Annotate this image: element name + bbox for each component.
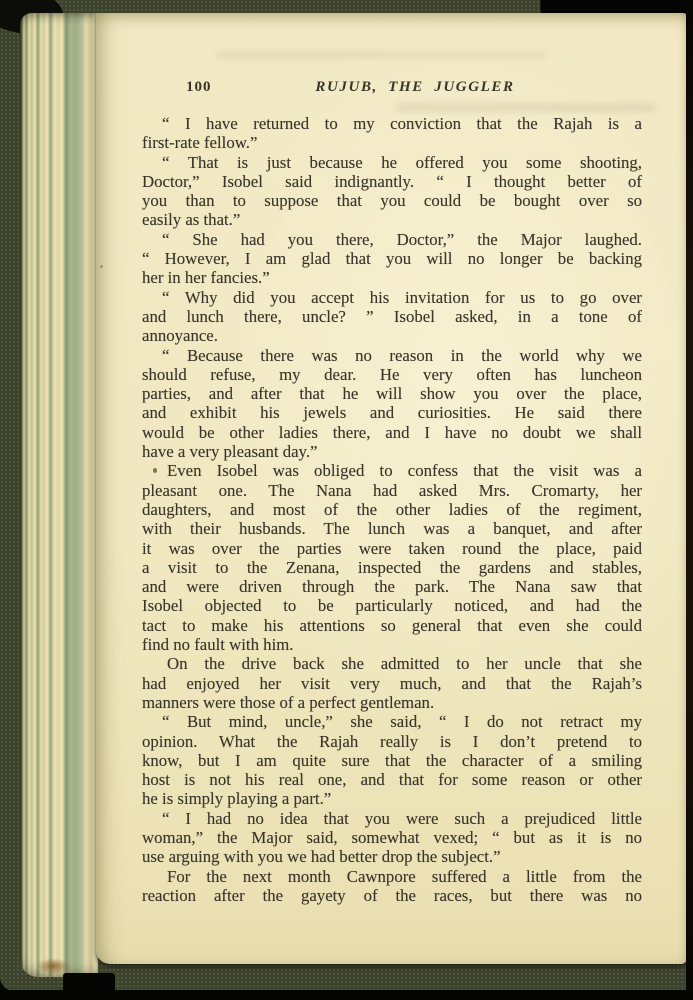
paper-speck <box>100 265 103 268</box>
paragraph: “ I had no idea that you were such a pre… <box>142 809 642 867</box>
text-line: “ However, I am glad that you will no lo… <box>142 249 642 268</box>
text-line: “ Why did you accept his invitation for … <box>142 288 642 307</box>
text-line: reaction after the gayety of the races, … <box>142 886 642 905</box>
text-line: “ But mind, uncle,” she said, “ I do not… <box>142 712 642 731</box>
text-line: Even Isobel was obliged to confess that … <box>142 461 642 480</box>
text-line: it was over the parties were taken round… <box>142 539 642 558</box>
text-line: manners were those of a perfect gentlema… <box>142 693 642 712</box>
text-line: parties, and after that he will show you… <box>142 384 642 403</box>
photo-shadow-bottom <box>0 990 693 1000</box>
paragraph: “ Why did you accept his invitation for … <box>142 288 642 346</box>
paragraph: “ I have returned to my conviction that … <box>142 114 642 153</box>
text-line: have a very pleasant day.” <box>142 442 642 461</box>
text-line: “ I had no idea that you were such a pre… <box>142 809 642 828</box>
text-line: he is simply playing a part.” <box>142 789 642 808</box>
text-line: had enjoyed her visit very much, and tha… <box>142 674 642 693</box>
running-title: RUJUB, THE JUGGLER <box>315 79 514 96</box>
text-line: easily as that.” <box>142 210 642 229</box>
photo-edge-right <box>686 0 693 1000</box>
text-line: would be other ladies there, and I have … <box>142 423 642 442</box>
book-page: 100 RUJUB, THE JUGGLER “ I have returned… <box>96 13 687 964</box>
print-smudge <box>396 103 656 112</box>
text-line: a visit to the Zenana, inspected the gar… <box>142 558 642 577</box>
paper-speck <box>153 468 157 473</box>
text-line: “ She had you there, Doctor,” the Major … <box>142 230 642 249</box>
text-line: and lunch there, uncle? ” Isobel asked, … <box>142 307 642 326</box>
book-photo: 100 RUJUB, THE JUGGLER “ I have returned… <box>0 0 693 1000</box>
page-edge-stack <box>20 13 98 977</box>
text-line: find no fault with him. <box>142 635 642 654</box>
text-line: For the next month Cawnpore suffered a l… <box>142 867 642 886</box>
text-line: tact to make his attentions so general t… <box>142 616 642 635</box>
text-line: and exhibit his jewels and curiosities. … <box>142 403 642 422</box>
text-line: use arguing with you we had better drop … <box>142 847 642 866</box>
text-line: first-rate fellow.” <box>142 133 642 152</box>
text-line: pleasant one. The Nana had asked Mrs. Cr… <box>142 481 642 500</box>
page-header: 100 RUJUB, THE JUGGLER <box>142 79 642 99</box>
text-line: daughters, and most of the other ladies … <box>142 500 642 519</box>
text-line: you than to suppose that you could be bo… <box>142 191 642 210</box>
text-line: should refuse, my dear. He very often ha… <box>142 365 642 384</box>
text-line: opinion. What the Rajah really is I don’… <box>142 732 642 751</box>
page-number: 100 <box>186 79 212 96</box>
paragraph: “ She had you there, Doctor,” the Major … <box>142 230 642 288</box>
text-line: Isobel objected to be particularly notic… <box>142 596 642 615</box>
text-line: annoyance. <box>142 326 642 345</box>
text-block: “ I have returned to my conviction that … <box>142 114 642 905</box>
text-line: and were driven through the park. The Na… <box>142 577 642 596</box>
text-line: woman,” the Major said, somewhat vexed; … <box>142 828 642 847</box>
text-line: with their husbands. The lunch was a ban… <box>142 519 642 538</box>
text-line: host is not his real one, and that for s… <box>142 770 642 789</box>
paragraph: “ That is just because he offered you so… <box>142 153 642 230</box>
text-line: “ That is just because he offered you so… <box>142 153 642 172</box>
paragraph: On the drive back she admitted to her un… <box>142 654 642 712</box>
text-line: know, but I am quite sure that the chara… <box>142 751 642 770</box>
text-line: her in her fancies.” <box>142 268 642 287</box>
text-line: Doctor,” Isobel said indignantly. “ I th… <box>142 172 642 191</box>
text-line: “ Because there was no reason in the wor… <box>142 346 642 365</box>
paragraph: Even Isobel was obliged to confess that … <box>142 461 642 654</box>
paragraph: “ But mind, uncle,” she said, “ I do not… <box>142 712 642 808</box>
paragraph: For the next month Cawnpore suffered a l… <box>142 867 642 906</box>
paragraph: “ Because there was no reason in the wor… <box>142 346 642 462</box>
text-line: “ I have returned to my conviction that … <box>142 114 642 133</box>
worn-corner-spot <box>36 958 70 974</box>
print-smudge <box>216 51 546 59</box>
text-line: On the drive back she admitted to her un… <box>142 654 642 673</box>
